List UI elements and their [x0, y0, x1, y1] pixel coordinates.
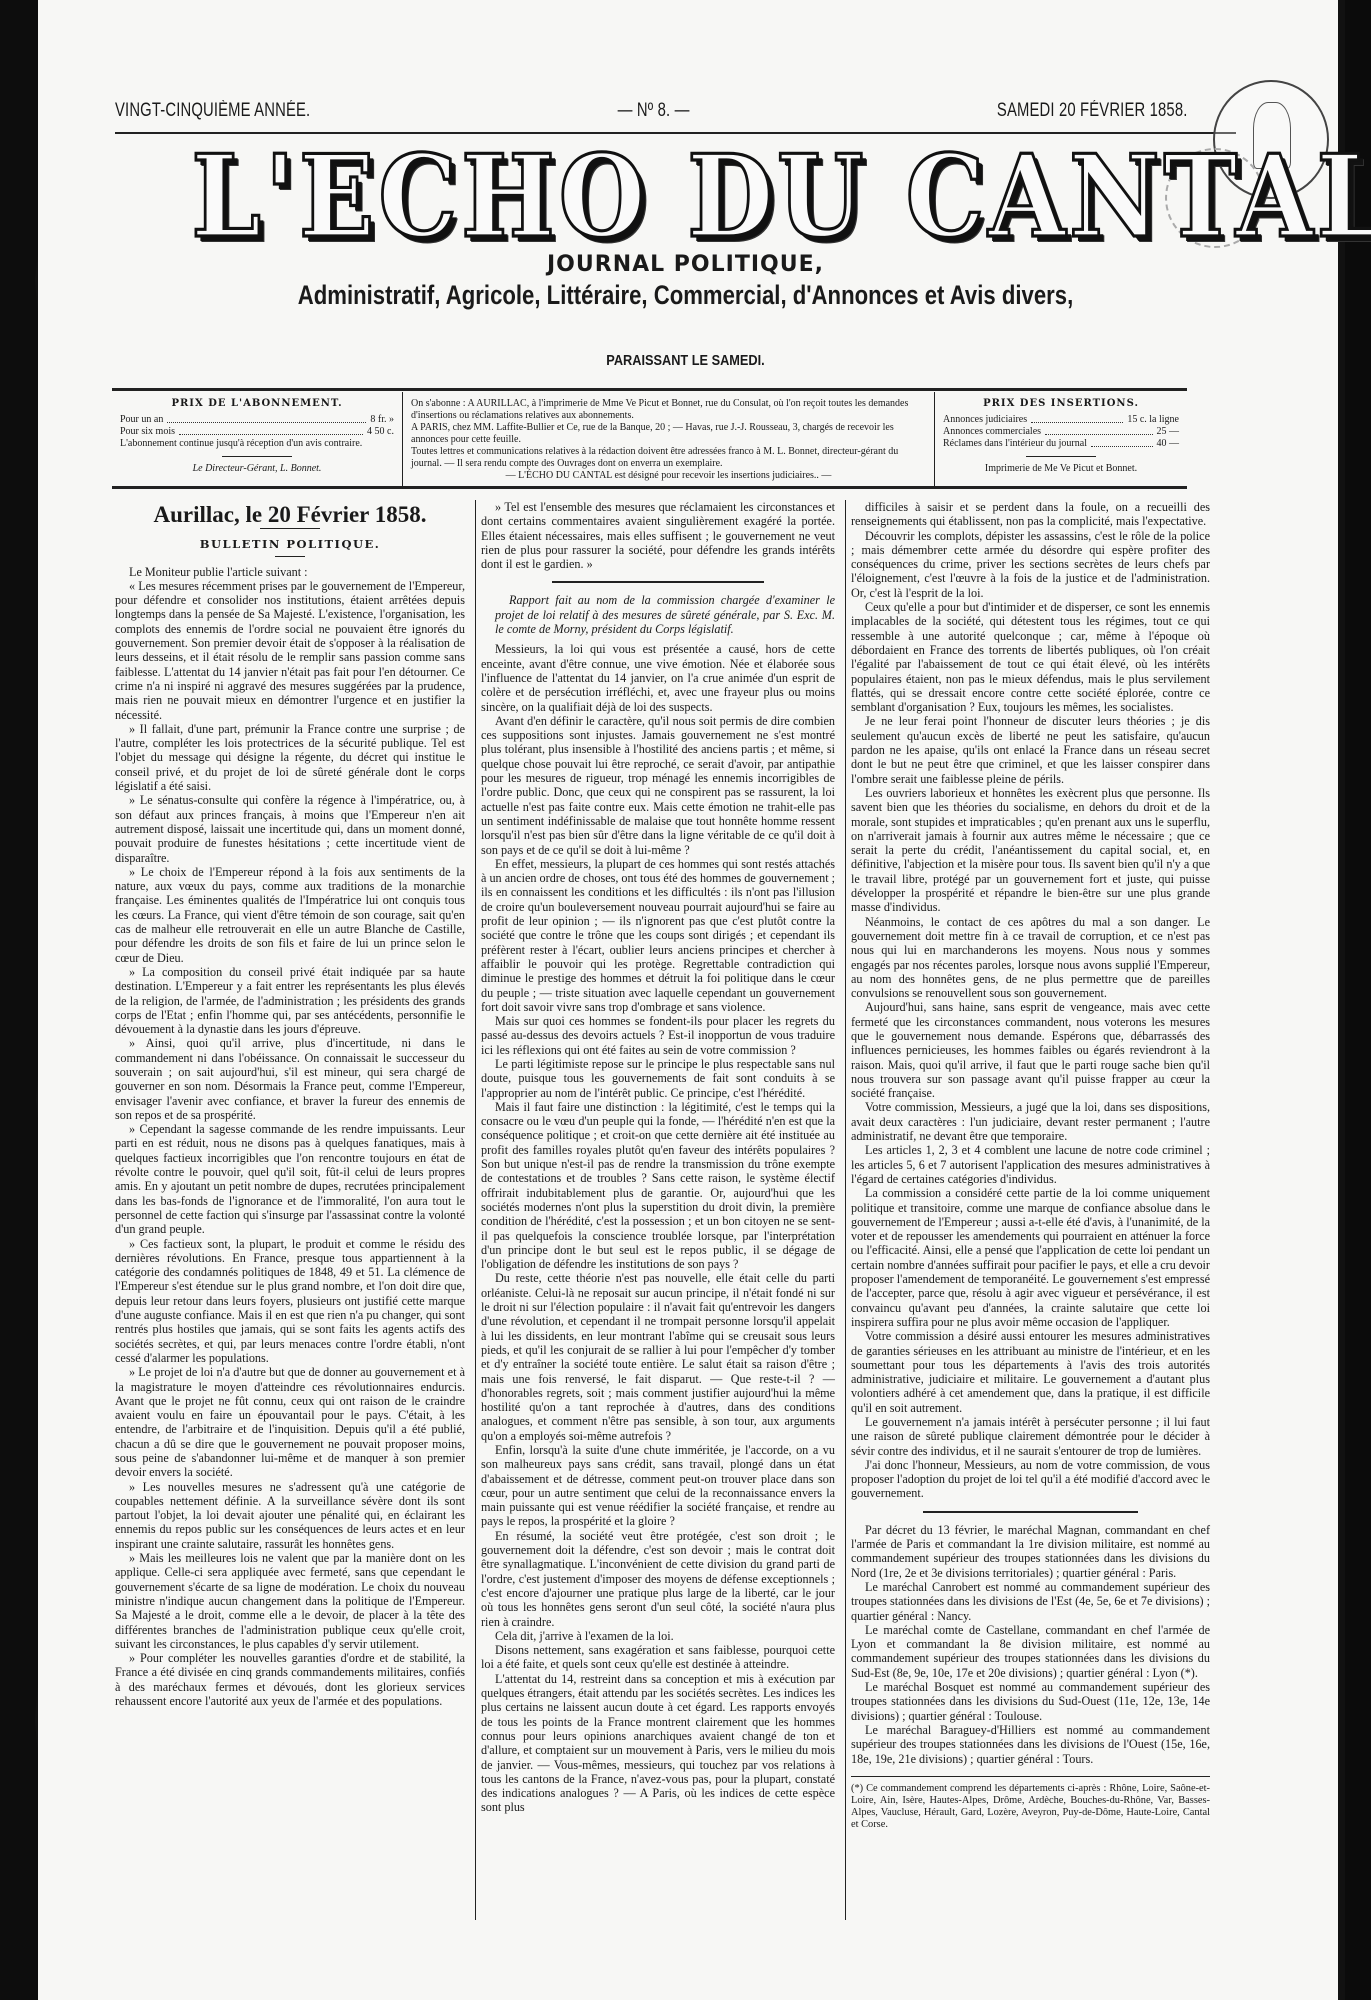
masthead-title: L'ECHO DU CANTAL	[191, 137, 1139, 258]
dateline: Aurillac, le 20 Février 1858.	[115, 508, 465, 522]
issue-date: SAMEDI 20 FÉVRIER 1858.	[997, 100, 1188, 122]
column-2: » Tel est l'ensemble des mesures que réc…	[475, 500, 840, 1920]
article-paragraph: Le gouvernement n'a jamais intérêt à per…	[851, 1415, 1210, 1458]
masthead-subtitle: JOURNAL POLITIQUE,	[0, 252, 1371, 277]
column-1-body: Le Moniteur publie l'article suivant :« …	[115, 565, 465, 1709]
column-1: Aurillac, le 20 Février 1858. BULLETIN P…	[110, 500, 470, 1920]
article-columns: Aurillac, le 20 Février 1858. BULLETIN P…	[110, 500, 1215, 1920]
article-paragraph: Découvrir les complots, dépister les ass…	[851, 529, 1210, 600]
printer-credit: Imprimerie de Me Ve Picut et Bonnet.	[943, 463, 1179, 475]
article-paragraph: Avant d'en définir le caractère, qu'il n…	[481, 714, 835, 857]
contact-line: On s'abonne : A AURILLAC, à l'imprimerie…	[411, 398, 926, 422]
price-row: Annonces judiciaires15 c. la ligne	[943, 414, 1179, 426]
contact-box: On s'abonne : A AURILLAC, à l'imprimerie…	[402, 392, 934, 488]
article-paragraph: » Mais les meilleures lois ne valent que…	[115, 1551, 465, 1651]
article-paragraph: Mais il faut faire une distinction : la …	[481, 1100, 835, 1272]
article-paragraph: » Ces factieux sont, la plupart, le prod…	[115, 1237, 465, 1366]
article-paragraph: Enfin, lorsqu'à la suite d'une chute imm…	[481, 1443, 835, 1529]
article-paragraph: » Le projet de loi n'a d'autre but que d…	[115, 1365, 465, 1479]
article-paragraph: Messieurs, la loi qui vous est présentée…	[481, 642, 835, 713]
article-paragraph: Le maréchal comte de Castellane, command…	[851, 1623, 1210, 1680]
article-paragraph: Je ne leur ferai point l'honneur de disc…	[851, 714, 1210, 785]
article-paragraph: En effet, messieurs, la plupart de ces h…	[481, 857, 835, 1014]
insertions-title: PRIX DES INSERTIONS.	[943, 398, 1179, 410]
infobar-top-rule	[112, 388, 1187, 391]
article-paragraph: Aujourd'hui, sans haine, sans esprit de …	[851, 1000, 1210, 1100]
article-paragraph: » Les nouvelles mesures ne s'adressent q…	[115, 1480, 465, 1551]
article-paragraph: Par décret du 13 février, le maréchal Ma…	[851, 1523, 1210, 1580]
article-paragraph: Les ouvriers laborieux et honnêtes les e…	[851, 786, 1210, 915]
article-paragraph: Cela dit, j'arrive à l'examen de la loi.	[481, 1629, 835, 1643]
masthead-tagline: Administratif, Agricole, Littéraire, Com…	[123, 280, 1247, 311]
article-paragraph: J'ai donc l'honneur, Messieurs, au nom d…	[851, 1458, 1210, 1501]
article-paragraph: Le maréchal Canrobert est nommé au comma…	[851, 1580, 1210, 1623]
subscription-box: PRIX DE L'ABONNEMENT. Pour un an8 fr. » …	[112, 392, 402, 488]
contact-line: A PARIS, chez MM. Laffite-Bullier et Ce,…	[411, 422, 926, 446]
article-paragraph: » Pour compléter les nouvelles garanties…	[115, 1651, 465, 1708]
article-paragraph: L'attentat du 14, restreint dans sa conc…	[481, 1672, 835, 1815]
subscription-title: PRIX DE L'ABONNEMENT.	[120, 398, 394, 410]
article-paragraph: Le maréchal Baraguey-d'Hilliers est nomm…	[851, 1723, 1210, 1766]
price-row: Pour six mois4 50 c.	[120, 426, 394, 438]
article-paragraph: Le Moniteur publie l'article suivant :	[115, 565, 465, 579]
report-intro: Rapport fait au nom de la commission cha…	[481, 593, 835, 636]
article-paragraph: En résumé, la société veut être protégée…	[481, 1529, 835, 1629]
article-paragraph: difficiles à saisir et se perdent dans l…	[851, 500, 1210, 529]
footnote: (*) Ce commandement comprend les départe…	[851, 1776, 1210, 1831]
column-3-body: difficiles à saisir et se perdent dans l…	[851, 500, 1210, 1501]
article-paragraph: » Tel est l'ensemble des mesures que réc…	[481, 500, 835, 571]
price-row: Réclames dans l'intérieur du journal40 —	[943, 438, 1179, 450]
article-paragraph: » Cependant la sagesse commande de les r…	[115, 1122, 465, 1236]
article-paragraph: Le maréchal Bosquet est nommé au command…	[851, 1680, 1210, 1723]
article-paragraph: Votre commission, Messieurs, a jugé que …	[851, 1100, 1210, 1143]
article-paragraph: La commission a considéré cette partie d…	[851, 1186, 1210, 1329]
issue-number: — Nº 8. —	[618, 100, 690, 122]
article-paragraph: Du reste, cette théorie n'est pas nouvel…	[481, 1271, 835, 1443]
publication-frequency: PARAISSANT LE SAMEDI.	[103, 352, 1268, 369]
article-paragraph: » Il fallait, d'une part, prémunir la Fr…	[115, 722, 465, 793]
article-paragraph: Votre commission a désiré aussi entourer…	[851, 1329, 1210, 1415]
article-paragraph: » Le choix de l'Empereur répond à la foi…	[115, 865, 465, 965]
article-paragraph: » Le sénatus-consulte qui confère la rég…	[115, 793, 465, 864]
column-2-body: Messieurs, la loi qui vous est présentée…	[481, 642, 835, 1814]
subscription-note: L'abonnement continue jusqu'à réception …	[120, 438, 394, 450]
article-paragraph: Mais sur quoi ces hommes se fondent-ils …	[481, 1014, 835, 1057]
director-signature: Le Directeur-Gérant, L. Bonnet.	[120, 463, 394, 475]
article-paragraph: Ceux qu'elle a pour but d'intimider et d…	[851, 600, 1210, 714]
article-paragraph: Les articles 1, 2, 3 et 4 comblent une l…	[851, 1143, 1210, 1186]
decree-body: Par décret du 13 février, le maréchal Ma…	[851, 1523, 1210, 1766]
section-title: BULLETIN POLITIQUE.	[115, 537, 465, 551]
insertions-box: PRIX DES INSERTIONS. Annonces judiciaire…	[934, 392, 1187, 488]
scan-border-right	[1345, 0, 1371, 2000]
issue-header: VINGT-CINQUIÈME ANNÉE. — Nº 8. — SAMEDI …	[115, 100, 1188, 122]
infobar-bottom-rule	[112, 486, 1187, 489]
article-paragraph: Le parti légitimiste repose sur le princ…	[481, 1057, 835, 1100]
contact-line: — L'ÉCHO DU CANTAL est désigné pour rece…	[411, 470, 926, 482]
column-3: difficiles à saisir et se perdent dans l…	[845, 500, 1215, 1920]
volume-year: VINGT-CINQUIÈME ANNÉE.	[115, 100, 310, 122]
article-paragraph: « Les mesures récemment prises par le go…	[115, 579, 465, 722]
article-paragraph: Disons nettement, sans exagération et sa…	[481, 1643, 835, 1672]
price-row: Annonces commerciales25 —	[943, 426, 1179, 438]
infobar: PRIX DE L'ABONNEMENT. Pour un an8 fr. » …	[112, 392, 1187, 484]
price-row: Pour un an8 fr. »	[120, 414, 394, 426]
article-paragraph: » Ainsi, quoi qu'il arrive, plus d'incer…	[115, 1036, 465, 1122]
article-paragraph: » La composition du conseil privé était …	[115, 965, 465, 1036]
contact-line: Toutes lettres et communications relativ…	[411, 446, 926, 470]
article-paragraph: Néanmoins, le contact de ces apôtres du …	[851, 915, 1210, 1001]
